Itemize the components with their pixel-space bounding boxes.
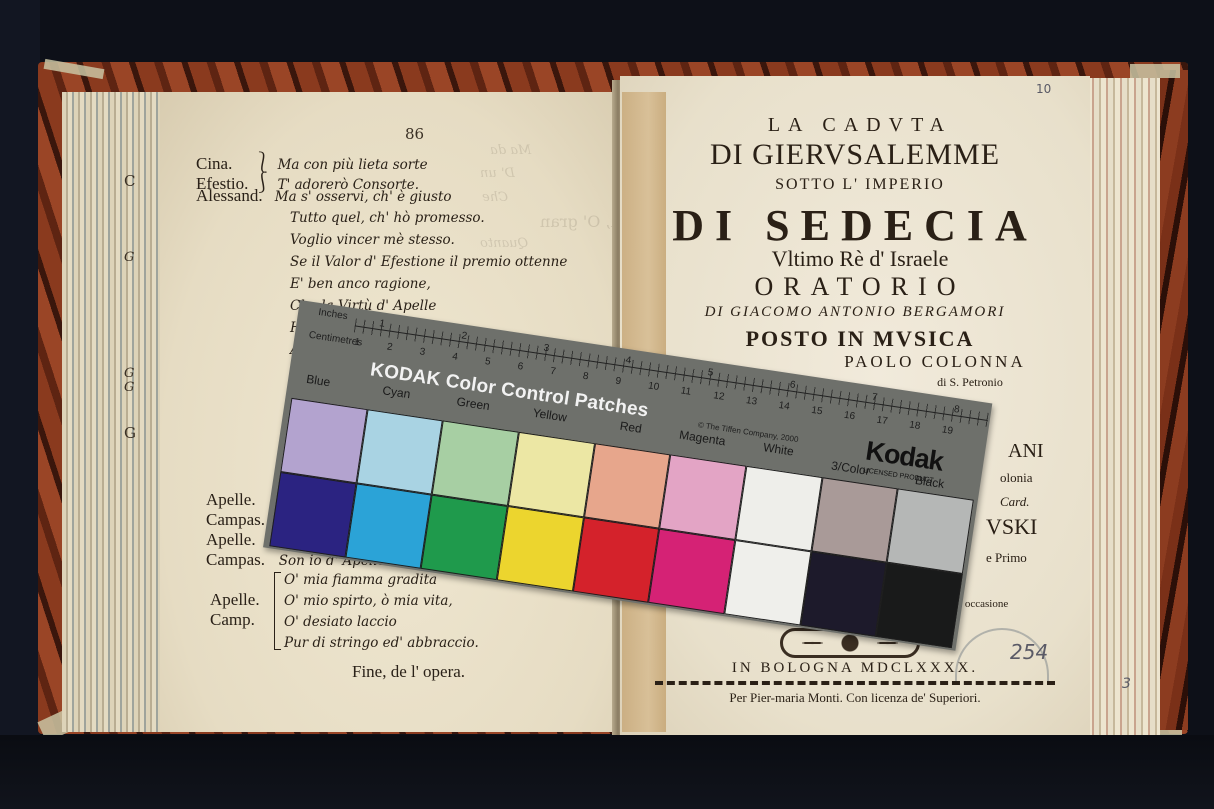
duet-speaker: Apelle. <box>210 590 260 610</box>
partial-line: VSKI <box>986 514 1037 540</box>
margin-letter: G <box>124 366 134 381</box>
marbled-cover-right-edge <box>1160 70 1188 730</box>
dialogue-line: Alessand. Ma s' osservi, ch' è giusto <box>196 186 452 206</box>
patch-black-dark <box>876 563 963 649</box>
patch-3color-light <box>811 477 898 563</box>
patch-yellow-dark <box>497 506 584 592</box>
patch-red-light <box>584 443 671 529</box>
title-line: ORATORIO <box>660 272 1060 302</box>
inches-label: Inches <box>318 307 349 322</box>
title-line: DI GIACOMO ANTONIO BERGAMORI <box>640 304 1070 321</box>
page-edges-right <box>1080 78 1160 738</box>
patch-black-light <box>887 488 974 574</box>
patch-blue-dark <box>269 472 356 558</box>
patch-3color-dark <box>800 551 887 637</box>
duet-line: Pur di stringo ed' abbraccio. <box>284 633 479 651</box>
duet-line: O' mia fiamma gradita <box>284 570 437 588</box>
page-number-left: 86 <box>405 125 424 143</box>
patch-label-red: Red <box>619 419 643 436</box>
show-through-text: Ma da <box>490 143 531 158</box>
title-line: LA CADVTA <box>660 114 1060 137</box>
show-through-text: D' un <box>480 166 515 181</box>
title-line: di S. Petronio <box>900 375 1040 390</box>
patch-red-dark <box>573 517 660 603</box>
partial-line: ANI <box>1008 440 1044 463</box>
patch-cyan-dark <box>345 483 432 569</box>
patch-green-light <box>432 420 519 506</box>
dark-background-left <box>0 0 40 809</box>
patch-blue-light <box>280 398 367 484</box>
dialogue-line: Voglio vincer mè stesso. <box>290 230 455 248</box>
page-number-right: 10 <box>1036 82 1051 96</box>
patch-cyan-light <box>356 409 443 495</box>
patch-magenta-dark <box>648 529 735 615</box>
duet-bracket <box>274 572 281 650</box>
page-edges-left <box>62 92 172 732</box>
printers-rule <box>655 681 1055 685</box>
patch-magenta-light <box>659 454 746 540</box>
show-through-text: Quanto <box>480 236 528 251</box>
patch-label-cyan: Cyan <box>382 383 412 401</box>
dialogue-line: Tutto quel, ch' hò promesso. <box>290 208 485 226</box>
title-line: DI SEDECIA <box>640 200 1070 251</box>
printer-line: Per Pier-maria Monti. Con licenza de' Su… <box>655 690 1055 706</box>
margin-letter: G <box>124 424 136 442</box>
partial-line: e Primo <box>986 550 1027 566</box>
closing-line: Fine, de l' opera. <box>352 662 465 682</box>
patch-label-blue: Blue <box>305 372 331 389</box>
duet-line: O' desiato laccio <box>284 612 397 630</box>
patch-green-dark <box>421 495 508 581</box>
title-line: Vltimo Rè d' Israele <box>660 246 1060 272</box>
patch-label-black: Black <box>914 473 945 491</box>
partial-line: olonia <box>1000 470 1033 486</box>
margin-letter: G <box>124 250 134 265</box>
duet-line: O' mio spirto, ò mia vita, <box>284 591 453 609</box>
dialogue-line: E' ben anco ragione, <box>290 274 431 292</box>
dialogue-line: Se il Valor d' Efestione il premio otten… <box>290 252 567 270</box>
margin-letter: G <box>124 380 134 395</box>
show-through-text: Che <box>482 190 508 205</box>
margin-letter: C <box>124 172 135 190</box>
vellum-corner-top-right <box>1130 64 1180 78</box>
title-line: DI GIERVSALEMME <box>640 138 1070 172</box>
title-line: SOTTO L' IMPERIO <box>660 176 1060 194</box>
title-line: PAOLO COLONNA <box>810 352 1060 372</box>
patch-white-top <box>735 466 822 552</box>
partial-line: Card. <box>1000 494 1030 510</box>
patch-yellow-light <box>508 432 595 518</box>
fore-edge-mark: 3 <box>1122 676 1131 692</box>
patch-white-bottom <box>724 540 811 626</box>
duet-speaker: Camp. <box>210 610 255 630</box>
imprint-line: IN BOLOGNA MDCLXXXX. <box>655 660 1055 677</box>
title-line: POSTO IN MVSICA <box>660 326 1060 352</box>
dark-background-bottom <box>0 735 1214 809</box>
